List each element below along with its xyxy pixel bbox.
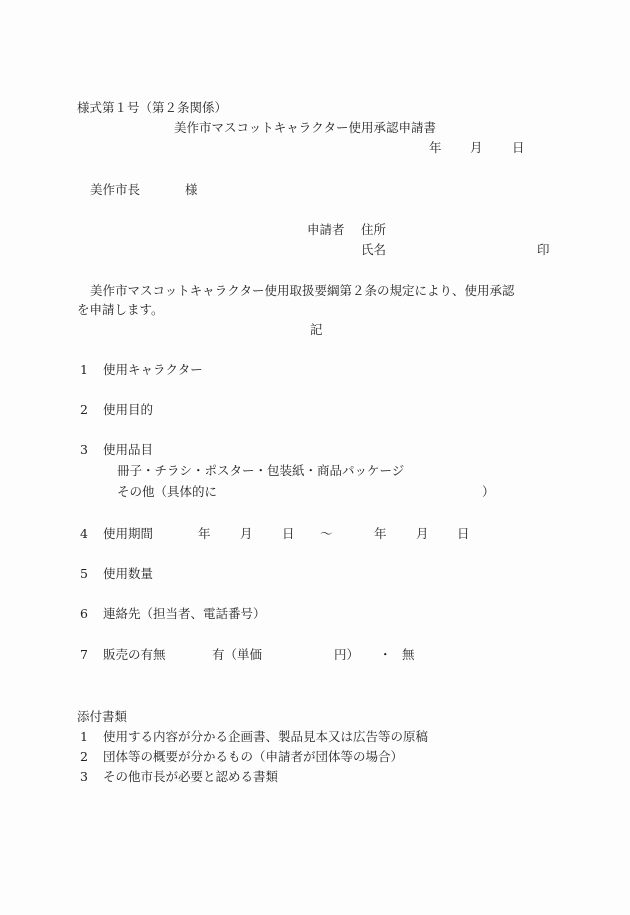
addressee-name: 美作市長 [90,182,140,198]
period-from-month: 月 [240,526,253,542]
product-other-close: ） [482,484,495,500]
item-label-products: 使用品目 [103,442,153,458]
item-label-period: 使用期間 [103,526,153,542]
item-number: 2 [80,402,88,418]
item-number: 5 [80,566,88,582]
sales-no-label: 無 [402,647,415,663]
addressee-honorific: 様 [185,182,198,198]
product-other-label: その他（具体的に [117,484,217,500]
product-options: 冊子・チラシ・ポスター・包装紙・商品パッケージ [117,463,404,479]
form-number: 様式第１号（第２条関係） [77,100,227,116]
item-label-purpose: 使用目的 [103,402,153,418]
item-number: 1 [80,362,88,378]
item-label-quantity: 使用数量 [103,566,153,582]
period-tilde: 〜 [320,526,333,542]
body-text-line1: 美作市マスコットキャラクター使用取扱要綱第２条の規定により、使用承認 [90,283,515,299]
ki-heading: 記 [310,322,323,338]
date-day-label: 日 [512,140,525,156]
date-year-label: 年 [429,140,442,156]
attachment-number: 3 [80,769,88,785]
period-to-year: 年 [374,526,387,542]
attachment-number: 2 [80,749,88,765]
period-from-day: 日 [282,526,295,542]
item-number: 6 [80,606,88,622]
item-number: 3 [80,442,88,458]
sales-yen-label: 円） [334,647,359,663]
period-to-month: 月 [416,526,429,542]
attachment-item: 団体等の概要が分かるもの（申請者が団体等の場合） [103,749,403,765]
attachment-item: 使用する内容が分かる企画書、製品見本又は広告等の原稿 [103,729,428,745]
attachments-heading: 添付書類 [77,709,127,725]
sales-separator: ・ [379,647,392,663]
applicant-address-label: 住所 [361,222,386,238]
item-label-sales: 販売の有無 [103,647,166,663]
seal-mark: 印 [537,242,550,258]
period-from-year: 年 [198,526,211,542]
form-title: 美作市マスコットキャラクター使用承認申請書 [174,120,436,136]
applicant-name-label: 氏名 [361,242,386,258]
item-number: 4 [80,526,88,542]
attachment-number: 1 [80,729,88,745]
sales-yes-price-label: 有（単価 [212,647,262,663]
body-text-line2: を申請します。 [77,302,164,318]
date-month-label: 月 [470,140,483,156]
item-label-contact: 連絡先（担当者、電話番号） [103,606,266,622]
item-label-character: 使用キャラクター [103,362,203,378]
applicant-label: 申請者 [307,222,345,238]
item-number: 7 [80,647,88,663]
period-to-day: 日 [457,526,470,542]
attachment-item: その他市長が必要と認める書類 [103,769,278,785]
